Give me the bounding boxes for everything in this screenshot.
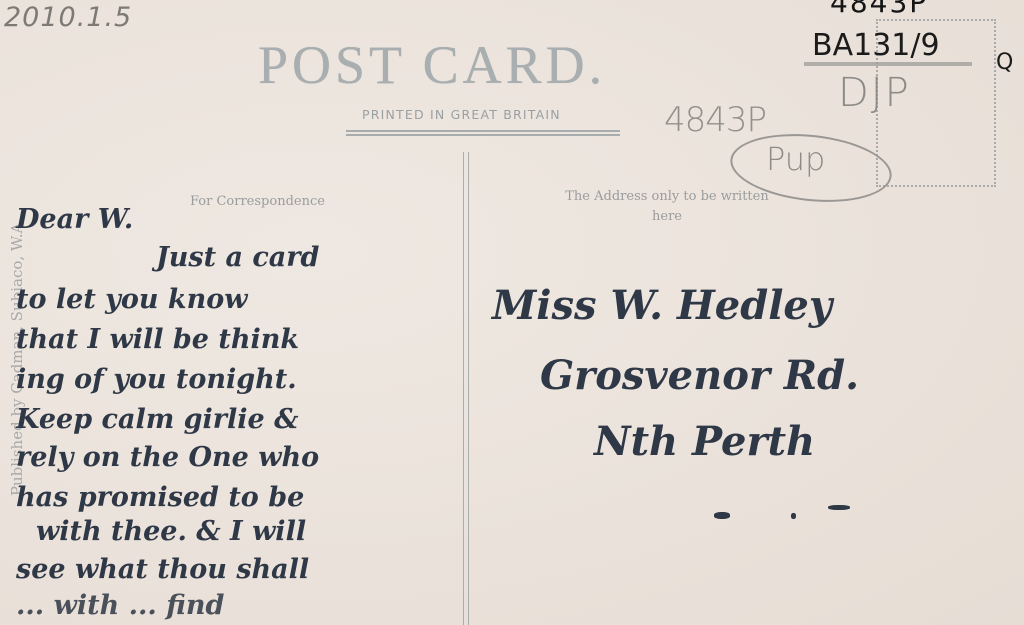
message-line: with thee. & I will xyxy=(36,516,306,547)
reference-underline xyxy=(804,62,972,66)
postcard-title: POST CARD. xyxy=(258,34,606,96)
title-double-rule xyxy=(346,130,620,136)
archive-date-annotation: 2010.1.5 xyxy=(4,2,132,33)
ink-mark xyxy=(714,512,730,519)
ink-mark xyxy=(791,513,796,519)
address-label-line2: here xyxy=(528,207,806,227)
printed-in-label: PRINTED IN GREAT BRITAIN xyxy=(362,107,561,122)
postcard-back: 2010.1.5 POST CARD. PRINTED IN GREAT BRI… xyxy=(0,0,1024,625)
address-line-street: Grosvenor Rd. xyxy=(540,352,859,399)
correspondence-label: For Correspondence xyxy=(190,194,325,209)
address-line-suburb: Nth Perth xyxy=(594,418,815,465)
message-line: Keep calm girlie & xyxy=(16,404,299,435)
message-line: to let you know xyxy=(16,284,248,315)
message-line: that I will be think xyxy=(16,324,299,355)
pencil-circled-note: Pup xyxy=(766,140,825,178)
message-line: rely on the One who xyxy=(16,442,319,473)
message-line: Dear W. xyxy=(16,204,133,235)
pencil-number: 4843P xyxy=(664,100,766,140)
archive-reference-id: BA131/9 xyxy=(812,28,940,63)
message-line: see what thou shall xyxy=(16,554,309,585)
address-label-line1: The Address only to be written xyxy=(528,187,806,207)
pencil-initials: DJP xyxy=(838,70,911,116)
center-divider xyxy=(463,152,469,625)
margin-mark: Q xyxy=(996,50,1013,75)
address-label: The Address only to be written here xyxy=(528,187,806,227)
message-line: ing of you tonight. xyxy=(16,364,297,395)
address-line-name: Miss W. Hedley xyxy=(492,282,832,329)
archive-reference-top: 4843P xyxy=(830,0,928,19)
message-line: has promised to be xyxy=(16,482,304,513)
message-line: ... with ... find xyxy=(16,590,224,621)
message-line: Just a card xyxy=(156,242,319,273)
ink-mark xyxy=(828,505,850,510)
